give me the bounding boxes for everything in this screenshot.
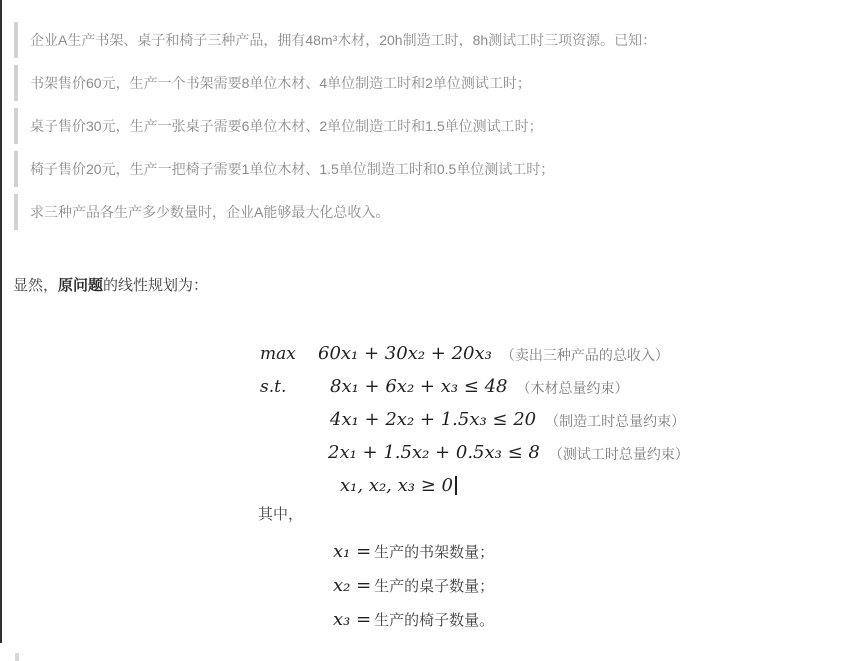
blockquote-text: 求三种产品各生产多少数量时，企业A能够最大化总收入。 (30, 202, 389, 222)
math-row-objective: max 60x₁ + 30x₂ + 20x₃ （卖出三种产品的总收入） (260, 337, 845, 370)
paragraph-suffix: 的线性规划为： (103, 277, 208, 294)
definition-variable: x₂ = (333, 575, 371, 596)
variable-definitions: x₁ = 生产的书架数量； x₂ = 生产的桌子数量； x₃ = 生产的椅子数量… (260, 534, 845, 636)
math-expression: 60x₁ + 30x₂ + 20x₃ (318, 343, 492, 364)
blockquote[interactable]: 企业A生产书架、桌子和椅子三种产品，拥有48m³木材，20h制造工时，8h测试工… (14, 22, 845, 58)
math-annotation: （木材总量约束） (517, 376, 629, 398)
math-row-constraint: 2x₁ + 1.5x₂ + 0.5x₃ ≤ 8 （测试工时总量约束） (260, 436, 845, 469)
blockquote[interactable]: 求三种产品各生产多少数量时，企业A能够最大化总收入。 (14, 194, 845, 230)
math-annotation: （卖出三种产品的总收入） (501, 343, 669, 365)
window-edge-line (0, 0, 2, 643)
blockquote-text: 椅子售价20元，生产一把椅子需要1单位木材、1.5单位制造工时和0.5单位测试工… (30, 159, 554, 179)
definition-row: x₂ = 生产的桌子数量； (333, 568, 845, 602)
paragraph-bold-term: 原问题 (58, 277, 103, 294)
blockquote-text: 桌子售价30元，生产一张桌子需要6单位木材、2单位制造工时和1.5单位测试工时； (30, 116, 543, 136)
blockquote[interactable]: 桌子售价30元，生产一张桌子需要6单位木材、2单位制造工时和1.5单位测试工时； (14, 108, 845, 144)
math-expression: 2x₁ + 1.5x₂ + 0.5x₃ ≤ 8 (328, 442, 540, 463)
definition-text: 生产的书架数量； (374, 541, 494, 562)
math-expression: 4x₁ + 2x₂ + 1.5x₃ ≤ 20 (330, 409, 536, 430)
paragraph-prefix: 显然， (13, 277, 58, 294)
math-row-label: max (260, 344, 318, 364)
math-row-label: s.t. (260, 377, 318, 397)
math-annotation: （测试工时总量约束） (549, 442, 689, 464)
text-cursor (455, 476, 457, 495)
intro-paragraph[interactable]: 显然，原问题的线性规划为： (13, 275, 845, 297)
where-label: 其中， (258, 502, 845, 524)
math-expression: 8x₁ + 6x₂ + x₃ ≤ 48 (330, 376, 508, 397)
definition-text: 生产的桌子数量； (374, 575, 494, 596)
math-row-nonnegativity: x₁, x₂, x₃ ≥ 0 (260, 469, 845, 502)
blockquote-text: 企业A生产书架、桌子和椅子三种产品，拥有48m³木材，20h制造工时，8h测试工… (30, 30, 656, 50)
blockquote[interactable]: 椅子售价20元，生产一把椅子需要1单位木材、1.5单位制造工时和0.5单位测试工… (14, 151, 845, 187)
blockquote-text: 书架售价60元，生产一个书架需要8单位木材、4单位制造工时和2单位测试工时； (30, 73, 531, 93)
definition-text: 生产的椅子数量。 (374, 609, 494, 630)
definition-variable: x₃ = (333, 609, 371, 630)
editor-page: 企业A生产书架、桌子和椅子三种产品，拥有48m³木材，20h制造工时，8h测试工… (0, 0, 845, 661)
blockquote[interactable]: 书架售价60元，生产一个书架需要8单位木材、4单位制造工时和2单位测试工时； (14, 65, 845, 101)
math-expression: x₁, x₂, x₃ ≥ 0 (340, 475, 453, 496)
quote-list: 企业A生产书架、桌子和椅子三种产品，拥有48m³木材，20h制造工时，8h测试工… (14, 0, 845, 230)
math-annotation: （制造工时总量约束） (545, 409, 685, 431)
definition-variable: x₁ = (333, 541, 371, 562)
math-row-constraint: s.t. 8x₁ + 6x₂ + x₃ ≤ 48 （木材总量约束） (260, 370, 845, 403)
math-block[interactable]: max 60x₁ + 30x₂ + 20x₃ （卖出三种产品的总收入） s.t.… (260, 337, 845, 636)
math-row-constraint: 4x₁ + 2x₂ + 1.5x₃ ≤ 20 （制造工时总量约束） (260, 403, 845, 436)
definition-row: x₃ = 生产的椅子数量。 (333, 602, 845, 636)
definition-row: x₁ = 生产的书架数量； (333, 534, 845, 568)
blockquote-border-fragment (15, 653, 19, 661)
